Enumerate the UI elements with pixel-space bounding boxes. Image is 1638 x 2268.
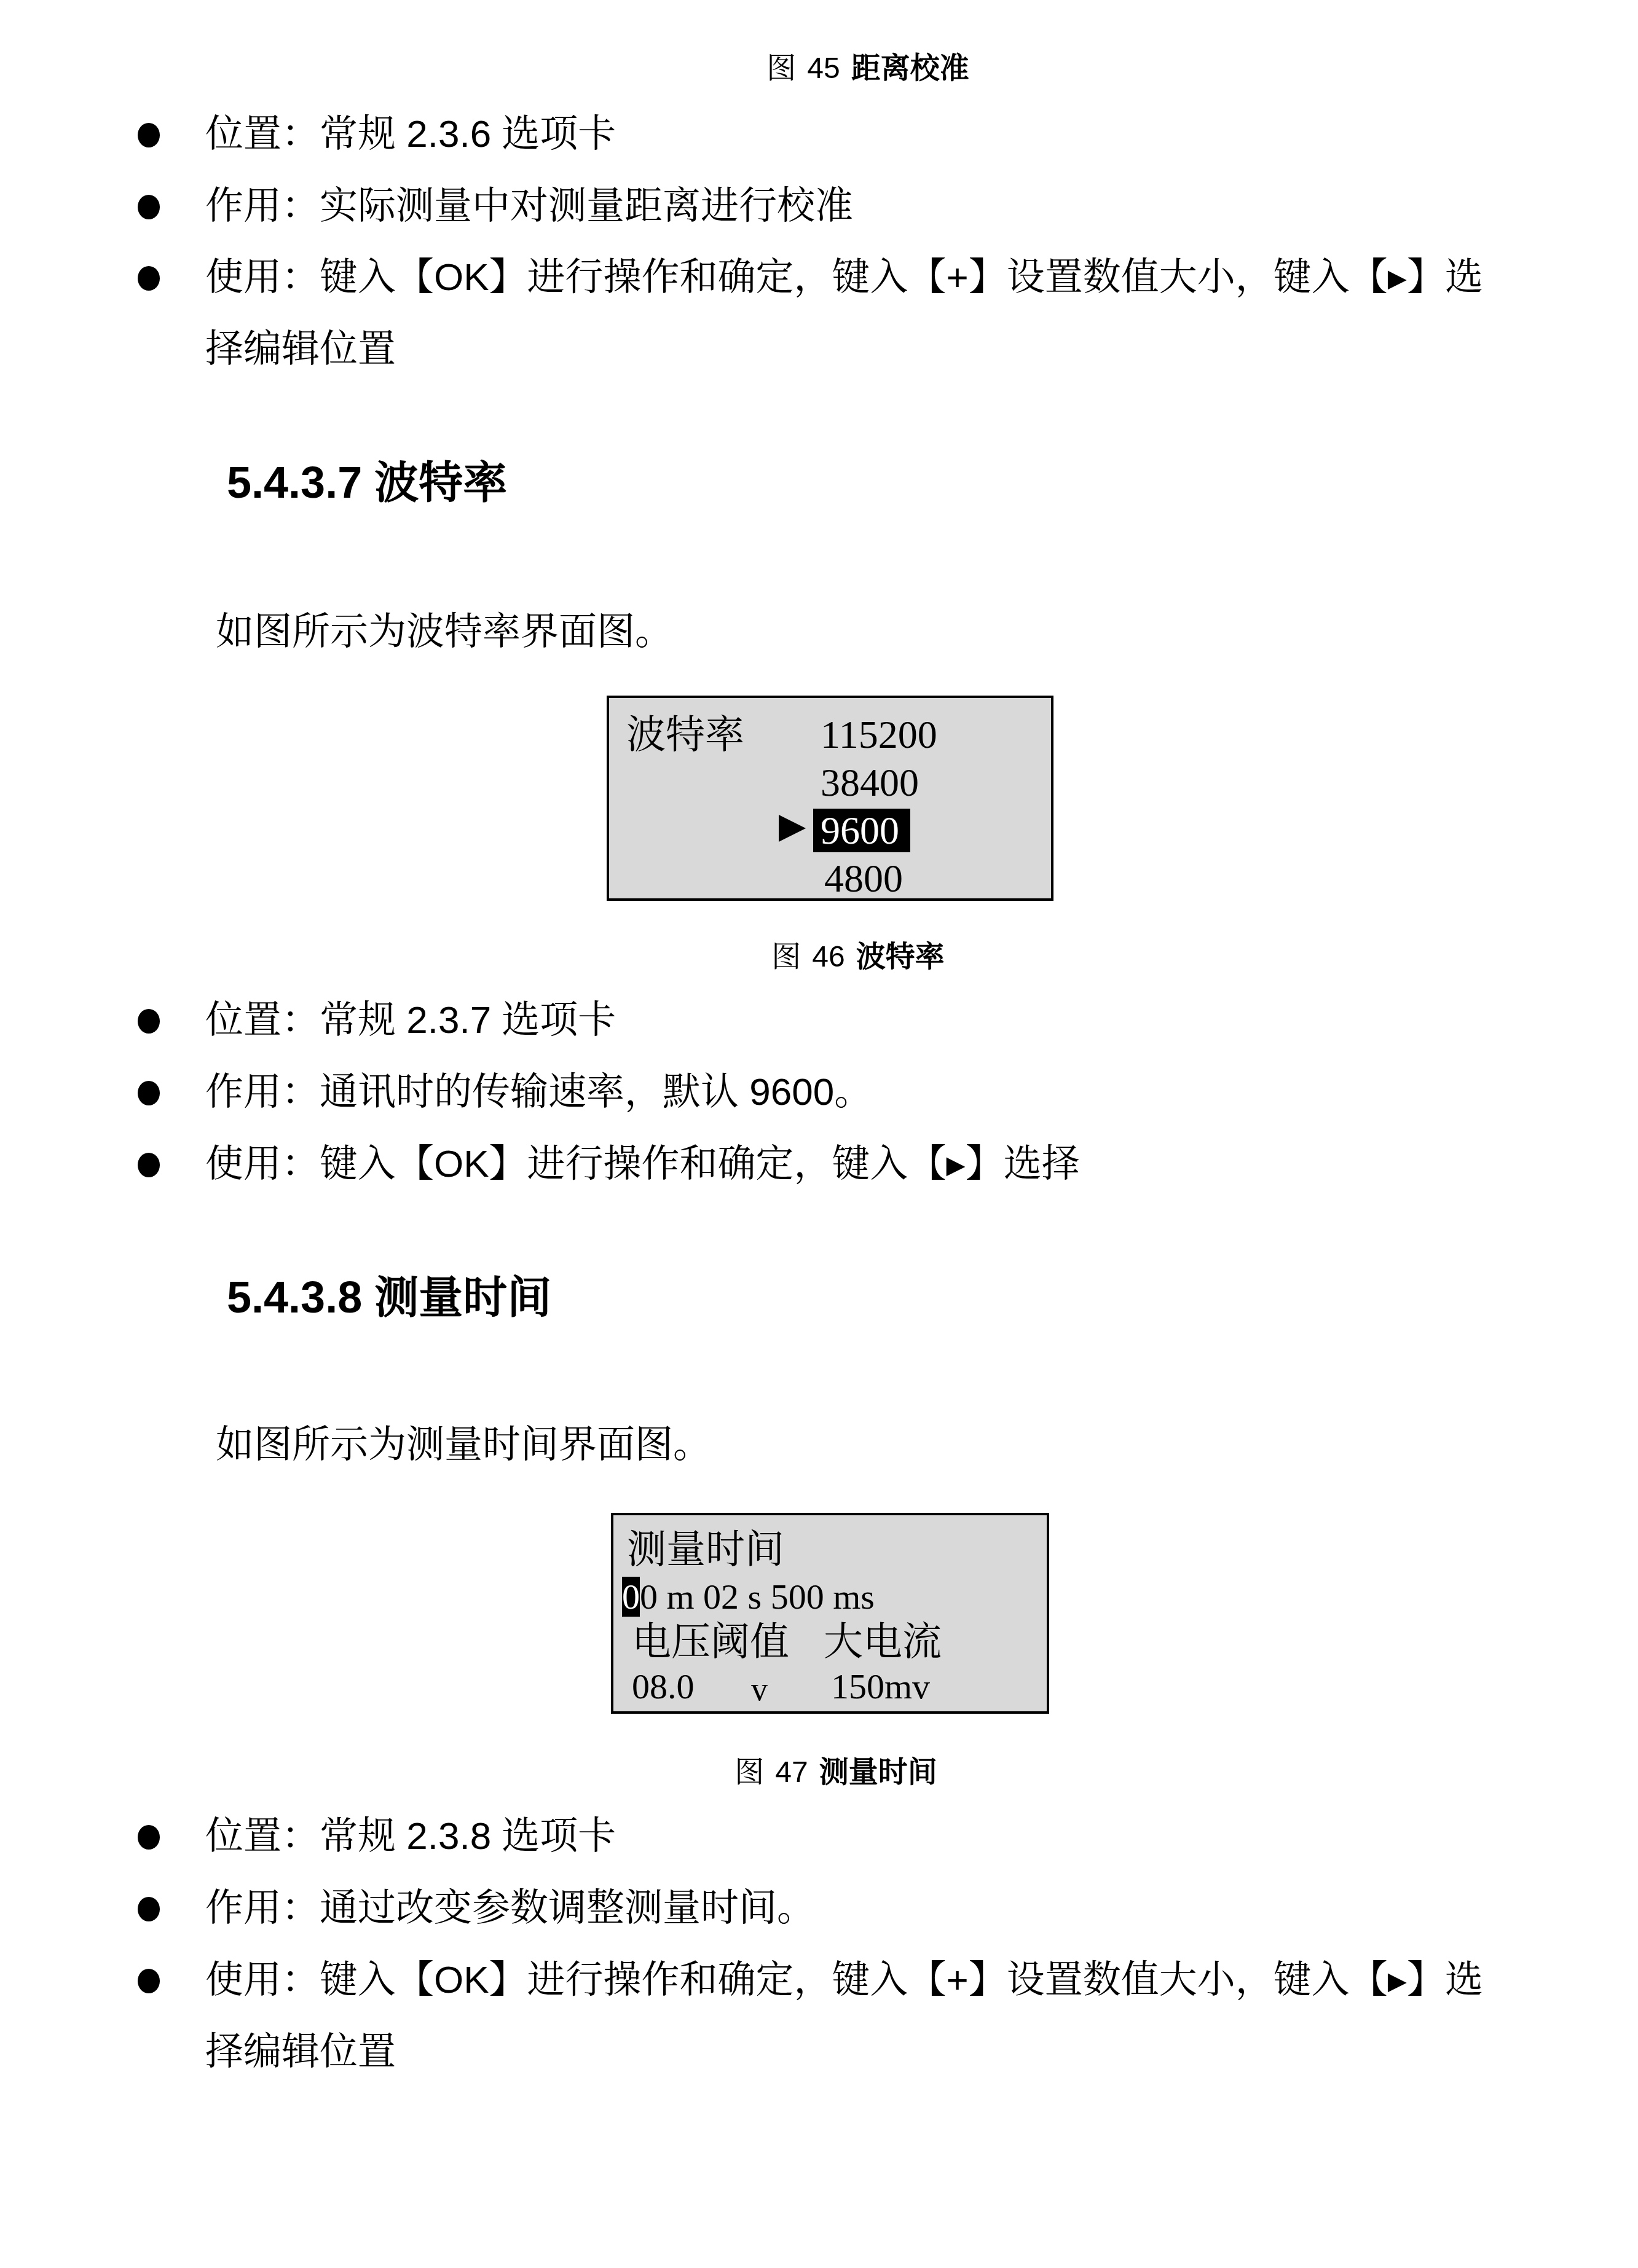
time-value: 0 m 02 s 500 ms [640, 1577, 875, 1617]
section-heading-measure-time: 5.4.3.8 测量时间 [227, 1262, 551, 1325]
bullet-icon [138, 1081, 160, 1105]
bullet-text-line1: 使用：键入【OK】进行操作和确定，键入【+】设置数值大小，键入【▸】选 [205, 1961, 1483, 1999]
caption-number: 46 [812, 941, 845, 973]
bullet-icon [138, 1825, 160, 1850]
lcd-time-row: 00 m 02 s 500 ms [622, 1579, 875, 1615]
lcd-option-9600-selected: 9600 [813, 811, 910, 850]
lcd-title: 测量时间 [627, 1530, 784, 1569]
lcd-voltage-value: 08.0 [632, 1669, 695, 1705]
section-heading-baud-rate: 5.4.3.7 波特率 [227, 447, 507, 511]
lcd-voltage-unit: v [751, 1673, 768, 1706]
caption-title: 波特率 [856, 941, 945, 973]
selected-value: 9600 [813, 809, 910, 852]
caption-prefix: 图 [766, 52, 796, 85]
bullet-icon [138, 266, 160, 291]
lcd-measure-time-screen: 测量时间 00 m 02 s 500 ms 电压阈值 大电流 08.0 v 15… [611, 1513, 1049, 1714]
caption-title: 距离校准 [851, 52, 969, 85]
lcd-voltage-label: 电压阈值 [632, 1622, 789, 1662]
caption-number: 45 [807, 52, 840, 85]
bullet-text: 位置：常规 2.3.6 选项卡 [205, 116, 616, 154]
bullet-text: 作用：实际测量中对测量距离进行校准 [205, 187, 853, 226]
bullet-text-line2: 择编辑位置 [205, 331, 396, 369]
bullet-icon [138, 123, 160, 147]
lcd-option-38400: 38400 [821, 763, 919, 802]
lcd-current-value: 150mv [831, 1669, 930, 1705]
lcd-option-115200: 115200 [821, 715, 937, 755]
intro-paragraph: 如图所示为测量时间界面图。 [216, 1414, 711, 1469]
figure-46-caption: 图46波特率 [771, 933, 944, 975]
bullet-text: 作用：通讯时的传输速率，默认 9600。 [205, 1073, 872, 1112]
bullet-icon [138, 1969, 160, 1993]
caption-prefix: 图 [771, 941, 801, 973]
bullet-text-line2: 择编辑位置 [205, 2033, 396, 2071]
lcd-current-label: 大电流 [824, 1622, 942, 1662]
bullet-text-line1: 使用：键入【OK】进行操作和确定，键入【+】设置数值大小，键入【▸】选 [205, 259, 1483, 297]
bullet-icon [138, 1153, 160, 1177]
bullet-text: 使用：键入【OK】进行操作和确定，键入【▸】选择 [205, 1145, 1080, 1183]
figure-47-caption: 图47测量时间 [734, 1748, 937, 1791]
bullet-text: 位置：常规 2.3.7 选项卡 [205, 1002, 616, 1040]
caption-number: 47 [775, 1756, 808, 1789]
bullet-icon [138, 1009, 160, 1034]
bullet-icon [138, 1897, 160, 1921]
caption-prefix: 图 [734, 1756, 764, 1789]
cursor-digit: 0 [622, 1577, 640, 1617]
caption-title: 测量时间 [819, 1756, 937, 1789]
figure-45-caption: 图45距离校准 [766, 44, 969, 87]
bullet-icon [138, 195, 160, 219]
intro-paragraph: 如图所示为波特率界面图。 [216, 601, 673, 656]
lcd-baud-rate-screen: 波特率 115200 38400 9600 4800 [607, 696, 1053, 901]
lcd-option-4800: 4800 [824, 859, 903, 898]
pointer-triangle-icon [779, 815, 806, 842]
bullet-text: 作用：通过改变参数调整测量时间。 [205, 1889, 815, 1928]
bullet-text: 位置：常规 2.3.8 选项卡 [205, 1818, 616, 1856]
lcd-label: 波特率 [626, 715, 744, 755]
